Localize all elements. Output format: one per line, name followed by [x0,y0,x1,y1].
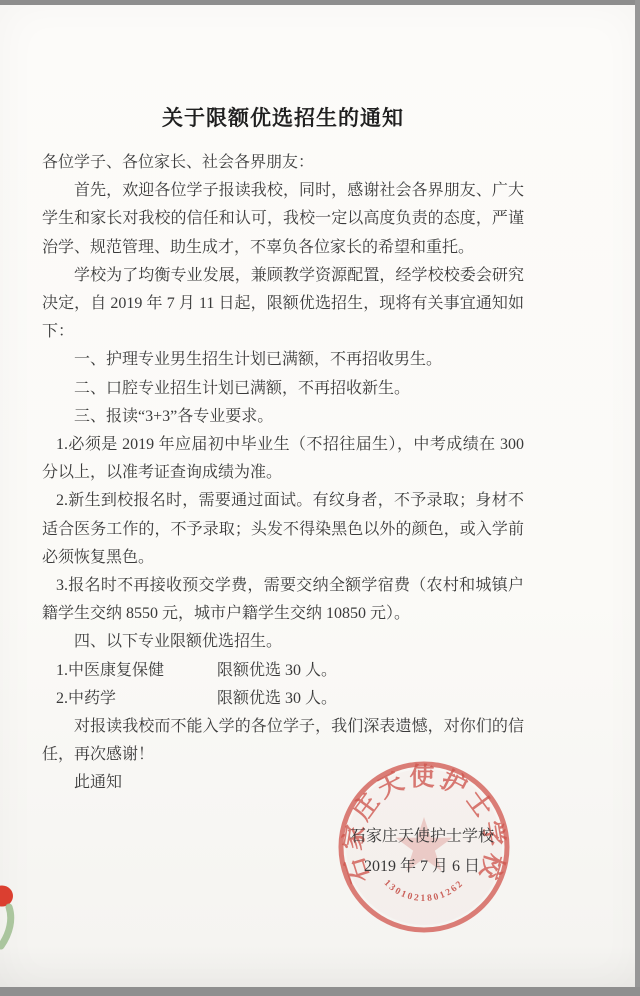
body-paragraph: 三、报读“3+3”各专业要求。 [42,403,524,431]
notice-title: 关于限额优选招生的通知 [42,102,524,132]
body-paragraph: 四、以下专业限额优选招生。 [42,628,524,656]
signature-date: 2019 年 7 月 6 日 [330,852,514,882]
signature-school: 石家庄天使护士学校 [330,822,514,852]
salutation-line: 各位学子、各位家长、社会各界朋友： [42,149,524,177]
quota-pair-row: 2.中药学限额优选 30 人。 [42,685,524,713]
body-paragraph: 2.新生到校报名时，需要通过面试。有纹身者，不予录取；身材不适合医务工作的，不予… [42,487,524,572]
body-paragraph: 对报读我校而不能入学的各位学子，我们深表遗憾，对你们的信任，再次感谢！ [42,713,524,769]
signature-block: 石家庄天使护士学校 2019 年 7 月 6 日 [330,822,514,882]
quota-major-label: 1.中医康复保健 [56,657,217,685]
body-paragraph: 3.报名时不再接收预交学费，需要交纳全额学宿费（农村和城镇户籍学生交纳 8550… [42,572,524,628]
quota-pair-row: 1.中医康复保健限额优选 30 人。 [42,657,524,685]
quota-value: 限额优选 30 人。 [217,690,337,707]
body-paragraph: 1.必须是 2019 年应届初中毕业生（不招往届生），中考成绩在 300 分以上… [42,431,524,487]
photo-edge-top [0,0,640,5]
notice-body: 各位学子、各位家长、社会各界朋友： 首先，欢迎各位学子报读我校，同时，感谢社会各… [42,149,524,798]
logo-fragment-icon [0,880,26,960]
body-paragraph: 学校为了均衡专业发展，兼顾教学资源配置，经学校校委会研究决定，自 2019 年 … [42,262,524,347]
body-paragraph: 此通知 [42,769,524,797]
quota-value: 限额优选 30 人。 [217,662,337,679]
quota-major-label: 2.中药学 [56,685,217,713]
logo-red-dot [0,886,13,907]
document-photo: 关于限额优选招生的通知 各位学子、各位家长、社会各界朋友： 首先，欢迎各位学子报… [0,0,640,996]
body-paragraph: 首先，欢迎各位学子报读我校，同时，感谢社会各界朋友、广大学生和家长对我校的信任和… [42,177,524,262]
body-paragraph: 二、口腔专业招生计划已满额，不再招收新生。 [42,375,524,403]
body-paragraph: 一、护理专业男生招生计划已满额，不再招收男生。 [42,346,524,374]
photo-edge-right [635,0,640,996]
photo-edge-bottom [0,987,640,996]
logo-green-leaf [1,907,11,946]
notice-paragraphs: 首先，欢迎各位学子报读我校，同时，感谢社会各界朋友、广大学生和家长对我校的信任和… [42,177,524,797]
